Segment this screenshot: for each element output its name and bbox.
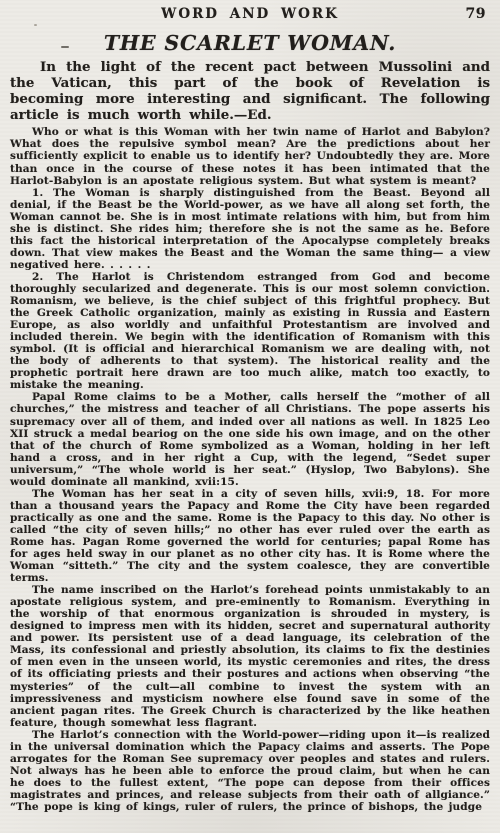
paragraph-7: The Harlot’s connection with the World-p…: [10, 729, 490, 813]
paragraph-3: 2. The Harlot is Christendom estranged f…: [10, 271, 490, 391]
page-number: 79: [466, 6, 486, 22]
editor-note: In the light of the recent pact between …: [10, 59, 490, 123]
paragraph-5: The Woman has her seat in a city of seve…: [10, 488, 490, 584]
journal-title: WORD AND WORK: [161, 6, 339, 22]
paragraph-1: Who or what is this Woman with her twin …: [10, 126, 490, 186]
scan-speck: [34, 24, 37, 26]
masthead: WORD AND WORK 79: [10, 6, 490, 22]
paragraph-2: 1. The Woman is sharply distinguished fr…: [10, 187, 490, 271]
paragraph-6: The name inscribed on the Harlot’s foreh…: [10, 584, 490, 729]
scanned-magazine-page: WORD AND WORK 79 THE SCARLET WOMAN. In t…: [0, 0, 500, 833]
paragraph-4: Papal Rome claims to be a Mother, calls …: [10, 391, 490, 487]
article-title: THE SCARLET WOMAN.: [10, 31, 490, 55]
ink-mark: [61, 46, 69, 48]
